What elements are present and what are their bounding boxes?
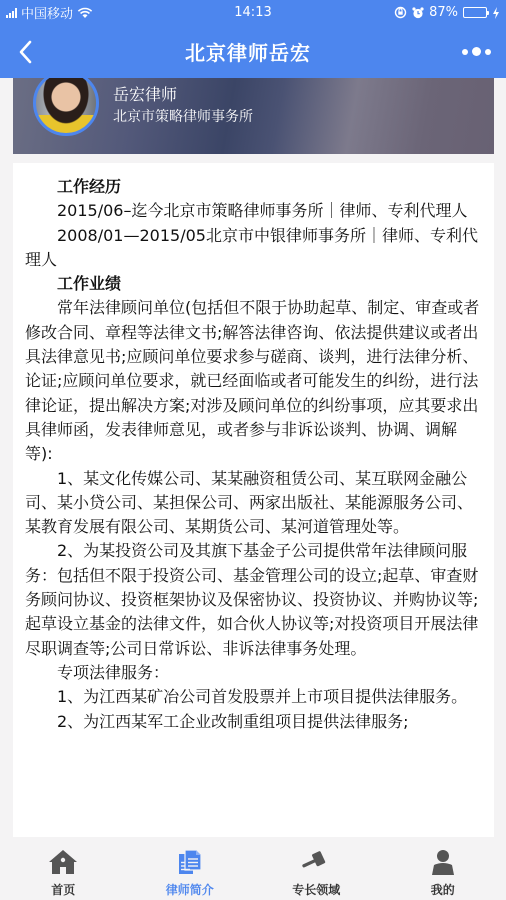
- tab-expertise[interactable]: 专长领域: [253, 843, 380, 900]
- tab-profile[interactable]: 我的: [380, 843, 506, 900]
- battery-percent: 87%: [429, 5, 458, 20]
- document-icon: [174, 847, 206, 877]
- user-icon: [427, 847, 459, 877]
- tab-label: 我的: [431, 881, 455, 898]
- work-history-item: 2008/01—2015/05北京市中银律师事务所｜律师、专利代理人: [25, 224, 482, 273]
- tab-label: 专长领域: [292, 881, 340, 898]
- more-dots-icon: [462, 47, 491, 56]
- lawyer-name: 岳宏律师: [113, 82, 177, 105]
- home-icon: [47, 847, 79, 877]
- battery-icon: [463, 7, 487, 18]
- special-services-label: 专项法律服务：: [25, 661, 482, 685]
- section-heading-work-history: 工作经历: [25, 175, 482, 199]
- achievement-paragraph: 2、为某投资公司及其旗下基金子公司提供常年法律顾问服务：包括但不限于投资公司、基…: [25, 539, 482, 660]
- achievement-paragraph: 1、某文化传媒公司、某某融资租赁公司、某互联网金融公司、某小贷公司、某担保公司、…: [25, 467, 482, 540]
- tab-label: 律师简介: [166, 881, 214, 898]
- alarm-icon: [412, 7, 424, 19]
- chevron-left-icon: [18, 40, 32, 64]
- rotation-lock-icon: [394, 6, 407, 19]
- more-button[interactable]: [446, 25, 506, 78]
- tab-home[interactable]: 首页: [0, 843, 127, 900]
- work-history-item: 2015/06–迄今北京市策略律师事务所｜律师、专利代理人: [25, 199, 482, 223]
- avatar: [33, 78, 99, 136]
- charging-icon: [492, 7, 500, 19]
- status-bar: 中国移动 14:13 87%: [0, 0, 506, 25]
- profile-header: 岳宏律师 北京市策略律师事务所: [13, 78, 494, 154]
- bottom-tab-bar: 首页 律师简介 专长领域 我的: [0, 843, 506, 900]
- special-service-item: 1、为江西某矿冶公司首发股票并上市项目提供法律服务。: [25, 685, 482, 709]
- nav-bar: 北京律师岳宏: [0, 25, 506, 78]
- carrier-label: 中国移动: [21, 3, 73, 22]
- lawyer-bio-content[interactable]: 工作经历 2015/06–迄今北京市策略律师事务所｜律师、专利代理人 2008/…: [13, 163, 494, 837]
- signal-icon: [6, 8, 17, 18]
- wifi-icon: [77, 7, 93, 19]
- law-firm-name: 北京市策略律师事务所: [113, 106, 253, 126]
- section-heading-achievements: 工作业绩: [25, 272, 482, 296]
- back-button[interactable]: [0, 25, 50, 78]
- page-title: 北京律师岳宏: [50, 37, 446, 66]
- special-service-item: 2、为江西某军工企业改制重组项目提供法律服务;: [25, 710, 482, 734]
- tab-label: 首页: [51, 881, 75, 898]
- tab-lawyer-intro[interactable]: 律师简介: [127, 843, 254, 900]
- gavel-icon: [300, 847, 332, 877]
- achievement-paragraph: 常年法律顾问单位(包括但不限于协助起草、制定、审查或者修改合同、章程等法律文书;…: [25, 296, 482, 466]
